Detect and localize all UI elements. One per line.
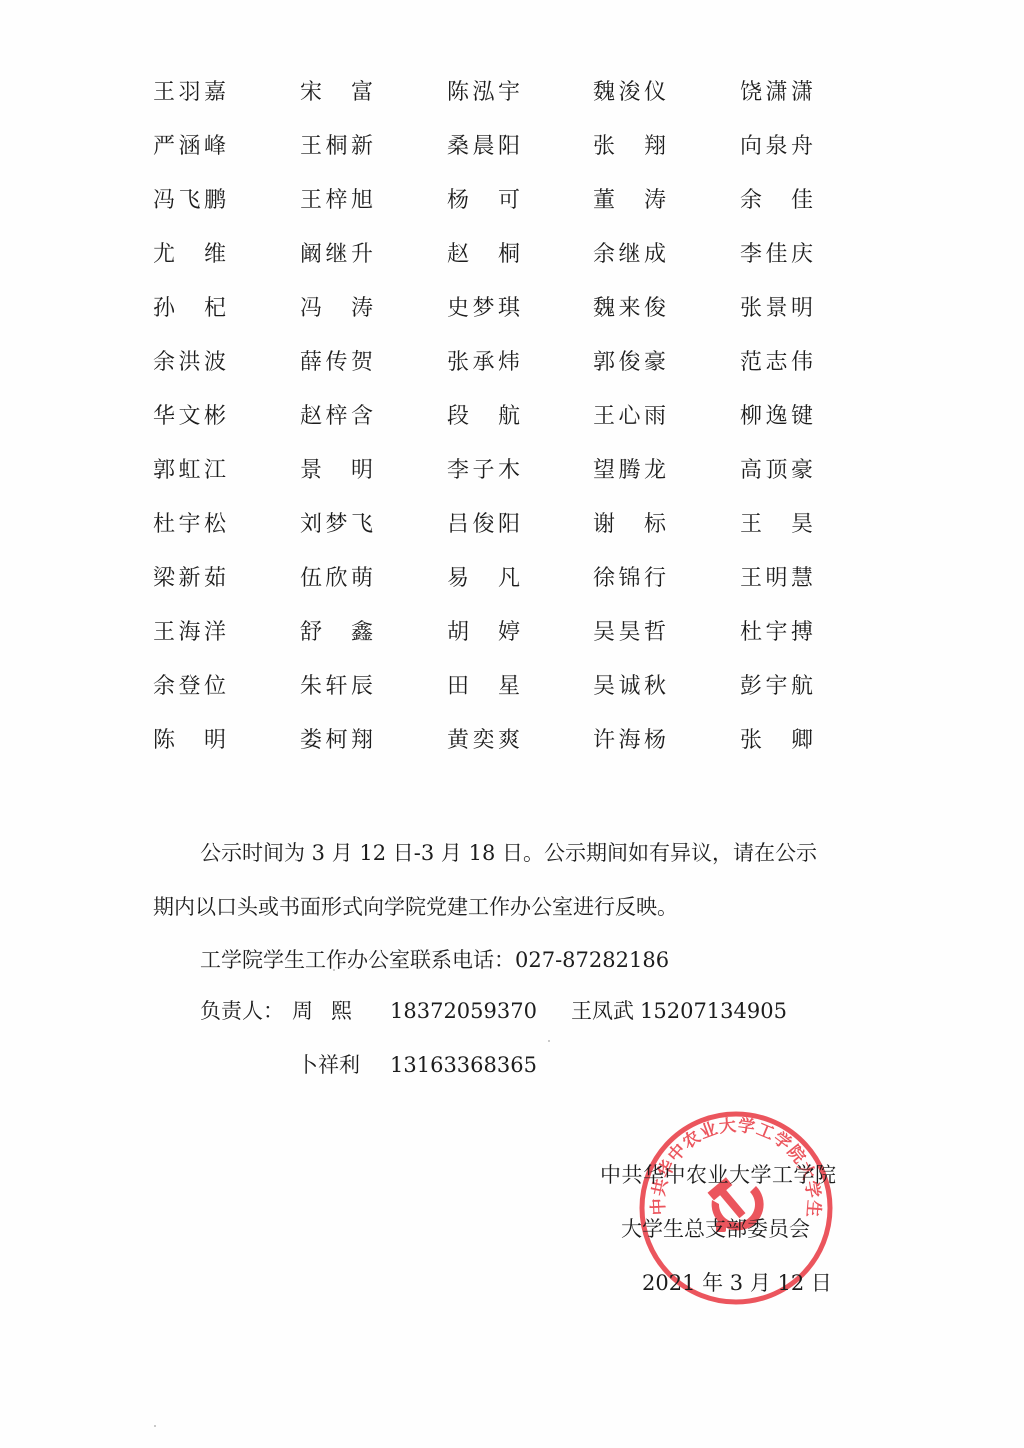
name-cell: 陈 明: [153, 724, 227, 758]
name-cell: 易 凡: [447, 562, 521, 596]
name-cell: 王梓旭: [300, 184, 374, 218]
name-cell: 魏浚仪: [593, 76, 667, 110]
name-cell: 张 卿: [740, 724, 814, 758]
name-row: 王羽嘉宋 富陈泓宇魏浚仪饶潇潇: [0, 76, 1024, 116]
name-row: 孙 杞冯 涛史梦琪魏来俊张景明: [0, 292, 1024, 332]
name-cell: 向泉舟: [740, 130, 814, 164]
name-cell: 王桐新: [300, 130, 374, 164]
signature-org-line-1: 中共华中农业大学工学院: [600, 1160, 837, 1190]
name-row: 余洪波薛传贺张承炜郭俊豪范志伟: [0, 346, 1024, 386]
contacts-line-1: 负责人： 周熙 18372059370 王凤武 15207134905: [0, 996, 1024, 1026]
name-cell: 郭虹江: [153, 454, 227, 488]
contact-name: 卜祥利: [297, 1050, 360, 1080]
name-cell: 吴昊哲: [593, 616, 667, 650]
name-cell: 赵梓含: [300, 400, 374, 434]
office-phone-line: 工学院学生工作办公室联系电话：027-87282186: [200, 945, 669, 975]
name-row: 杜宇松刘梦飞吕俊阳谢 标王 昊: [0, 508, 1024, 548]
name-cell: 宋 富: [300, 76, 374, 110]
name-cell: 伍欣萌: [300, 562, 374, 596]
name-cell: 胡 婷: [447, 616, 521, 650]
name-cell: 孙 杞: [153, 292, 227, 326]
name-cell: 陈泓宇: [447, 76, 521, 110]
contacts-label: 负责人：: [200, 996, 284, 1026]
document-page: 王羽嘉宋 富陈泓宇魏浚仪饶潇潇严涵峰王桐新桑晨阳张 翔向泉舟冯飞鹏王梓旭杨 可董…: [0, 0, 1024, 1448]
scan-speck: [154, 1425, 156, 1427]
name-cell: 杨 可: [447, 184, 521, 218]
name-cell: 李佳庆: [740, 238, 814, 272]
name-cell: 高顶豪: [740, 454, 814, 488]
name-row: 梁新茹伍欣萌易 凡徐锦行王明慧: [0, 562, 1024, 602]
name-cell: 饶潇潇: [740, 76, 814, 110]
name-cell: 娄柯翔: [300, 724, 374, 758]
name-cell: 谢 标: [593, 508, 667, 542]
name-cell: 范志伟: [740, 346, 814, 380]
signature-org-line-2: 大学生总支部委员会: [621, 1214, 810, 1244]
scan-speck: [548, 1040, 550, 1042]
name-cell: 赵 桐: [447, 238, 521, 272]
name-row: 尤 维阚继升赵 桐余继成李佳庆: [0, 238, 1024, 278]
contact-phone: 15207134905: [640, 996, 787, 1026]
name-cell: 朱轩辰: [300, 670, 374, 704]
name-cell: 黄奕爽: [447, 724, 521, 758]
name-cell: 望腾龙: [593, 454, 667, 488]
name-cell: 严涵峰: [153, 130, 227, 164]
name-cell: 桑晨阳: [447, 130, 521, 164]
name-cell: 余继成: [593, 238, 667, 272]
name-cell: 景 明: [300, 454, 374, 488]
notice-line-1: 公示时间为 3 月 12 日-3 月 18 日。公示期间如有异议，请在公示: [200, 838, 817, 868]
name-cell: 华文彬: [153, 400, 227, 434]
contact-phone: 18372059370: [390, 996, 537, 1026]
name-row: 冯飞鹏王梓旭杨 可董 涛余 佳: [0, 184, 1024, 224]
name-row: 严涵峰王桐新桑晨阳张 翔向泉舟: [0, 130, 1024, 170]
name-cell: 彭宇航: [740, 670, 814, 704]
name-cell: 李子木: [447, 454, 521, 488]
name-cell: 余登位: [153, 670, 227, 704]
name-cell: 薛传贺: [300, 346, 374, 380]
name-row: 陈 明娄柯翔黄奕爽许海杨张 卿: [0, 724, 1024, 764]
name-cell: 王 昊: [740, 508, 814, 542]
name-cell: 徐锦行: [593, 562, 667, 596]
name-cell: 梁新茹: [153, 562, 227, 596]
name-cell: 董 涛: [593, 184, 667, 218]
name-cell: 阚继升: [300, 238, 374, 272]
name-cell: 张 翔: [593, 130, 667, 164]
name-cell: 冯 涛: [300, 292, 374, 326]
name-cell: 王明慧: [740, 562, 814, 596]
name-cell: 吴诚秋: [593, 670, 667, 704]
name-row: 余登位朱轩辰田 星吴诚秋彭宇航: [0, 670, 1024, 710]
notice-line-2: 期内以口头或书面形式向学院党建工作办公室进行反映。: [153, 892, 678, 922]
name-cell: 王海洋: [153, 616, 227, 650]
name-cell: 郭俊豪: [593, 346, 667, 380]
name-row: 华文彬赵梓含段 航王心雨柳逸键: [0, 400, 1024, 440]
name-cell: 张承炜: [447, 346, 521, 380]
contacts-line-2: 卜祥利 13163368365: [0, 1050, 1024, 1080]
name-cell: 史梦琪: [447, 292, 521, 326]
contact-name: 王凤武: [571, 996, 634, 1026]
contact-phone: 13163368365: [390, 1050, 537, 1080]
name-row: 王海洋舒 鑫胡 婷吴昊哲杜宇搏: [0, 616, 1024, 656]
contact-name: 周熙: [292, 996, 370, 1026]
signature-date: 2021 年 3 月 12 日: [642, 1268, 832, 1298]
name-cell: 舒 鑫: [300, 616, 374, 650]
name-cell: 许海杨: [593, 724, 667, 758]
name-cell: 柳逸键: [740, 400, 814, 434]
name-cell: 王心雨: [593, 400, 667, 434]
name-cell: 魏来俊: [593, 292, 667, 326]
name-cell: 余洪波: [153, 346, 227, 380]
scan-speck: [333, 969, 335, 971]
name-cell: 吕俊阳: [447, 508, 521, 542]
name-cell: 张景明: [740, 292, 814, 326]
name-cell: 杜宇松: [153, 508, 227, 542]
name-cell: 段 航: [447, 400, 521, 434]
name-row: 郭虹江景 明李子木望腾龙高顶豪: [0, 454, 1024, 494]
name-cell: 王羽嘉: [153, 76, 227, 110]
name-cell: 冯飞鹏: [153, 184, 227, 218]
name-cell: 余 佳: [740, 184, 814, 218]
name-cell: 杜宇搏: [740, 616, 814, 650]
name-cell: 田 星: [447, 670, 521, 704]
name-cell: 尤 维: [153, 238, 227, 272]
name-cell: 刘梦飞: [300, 508, 374, 542]
